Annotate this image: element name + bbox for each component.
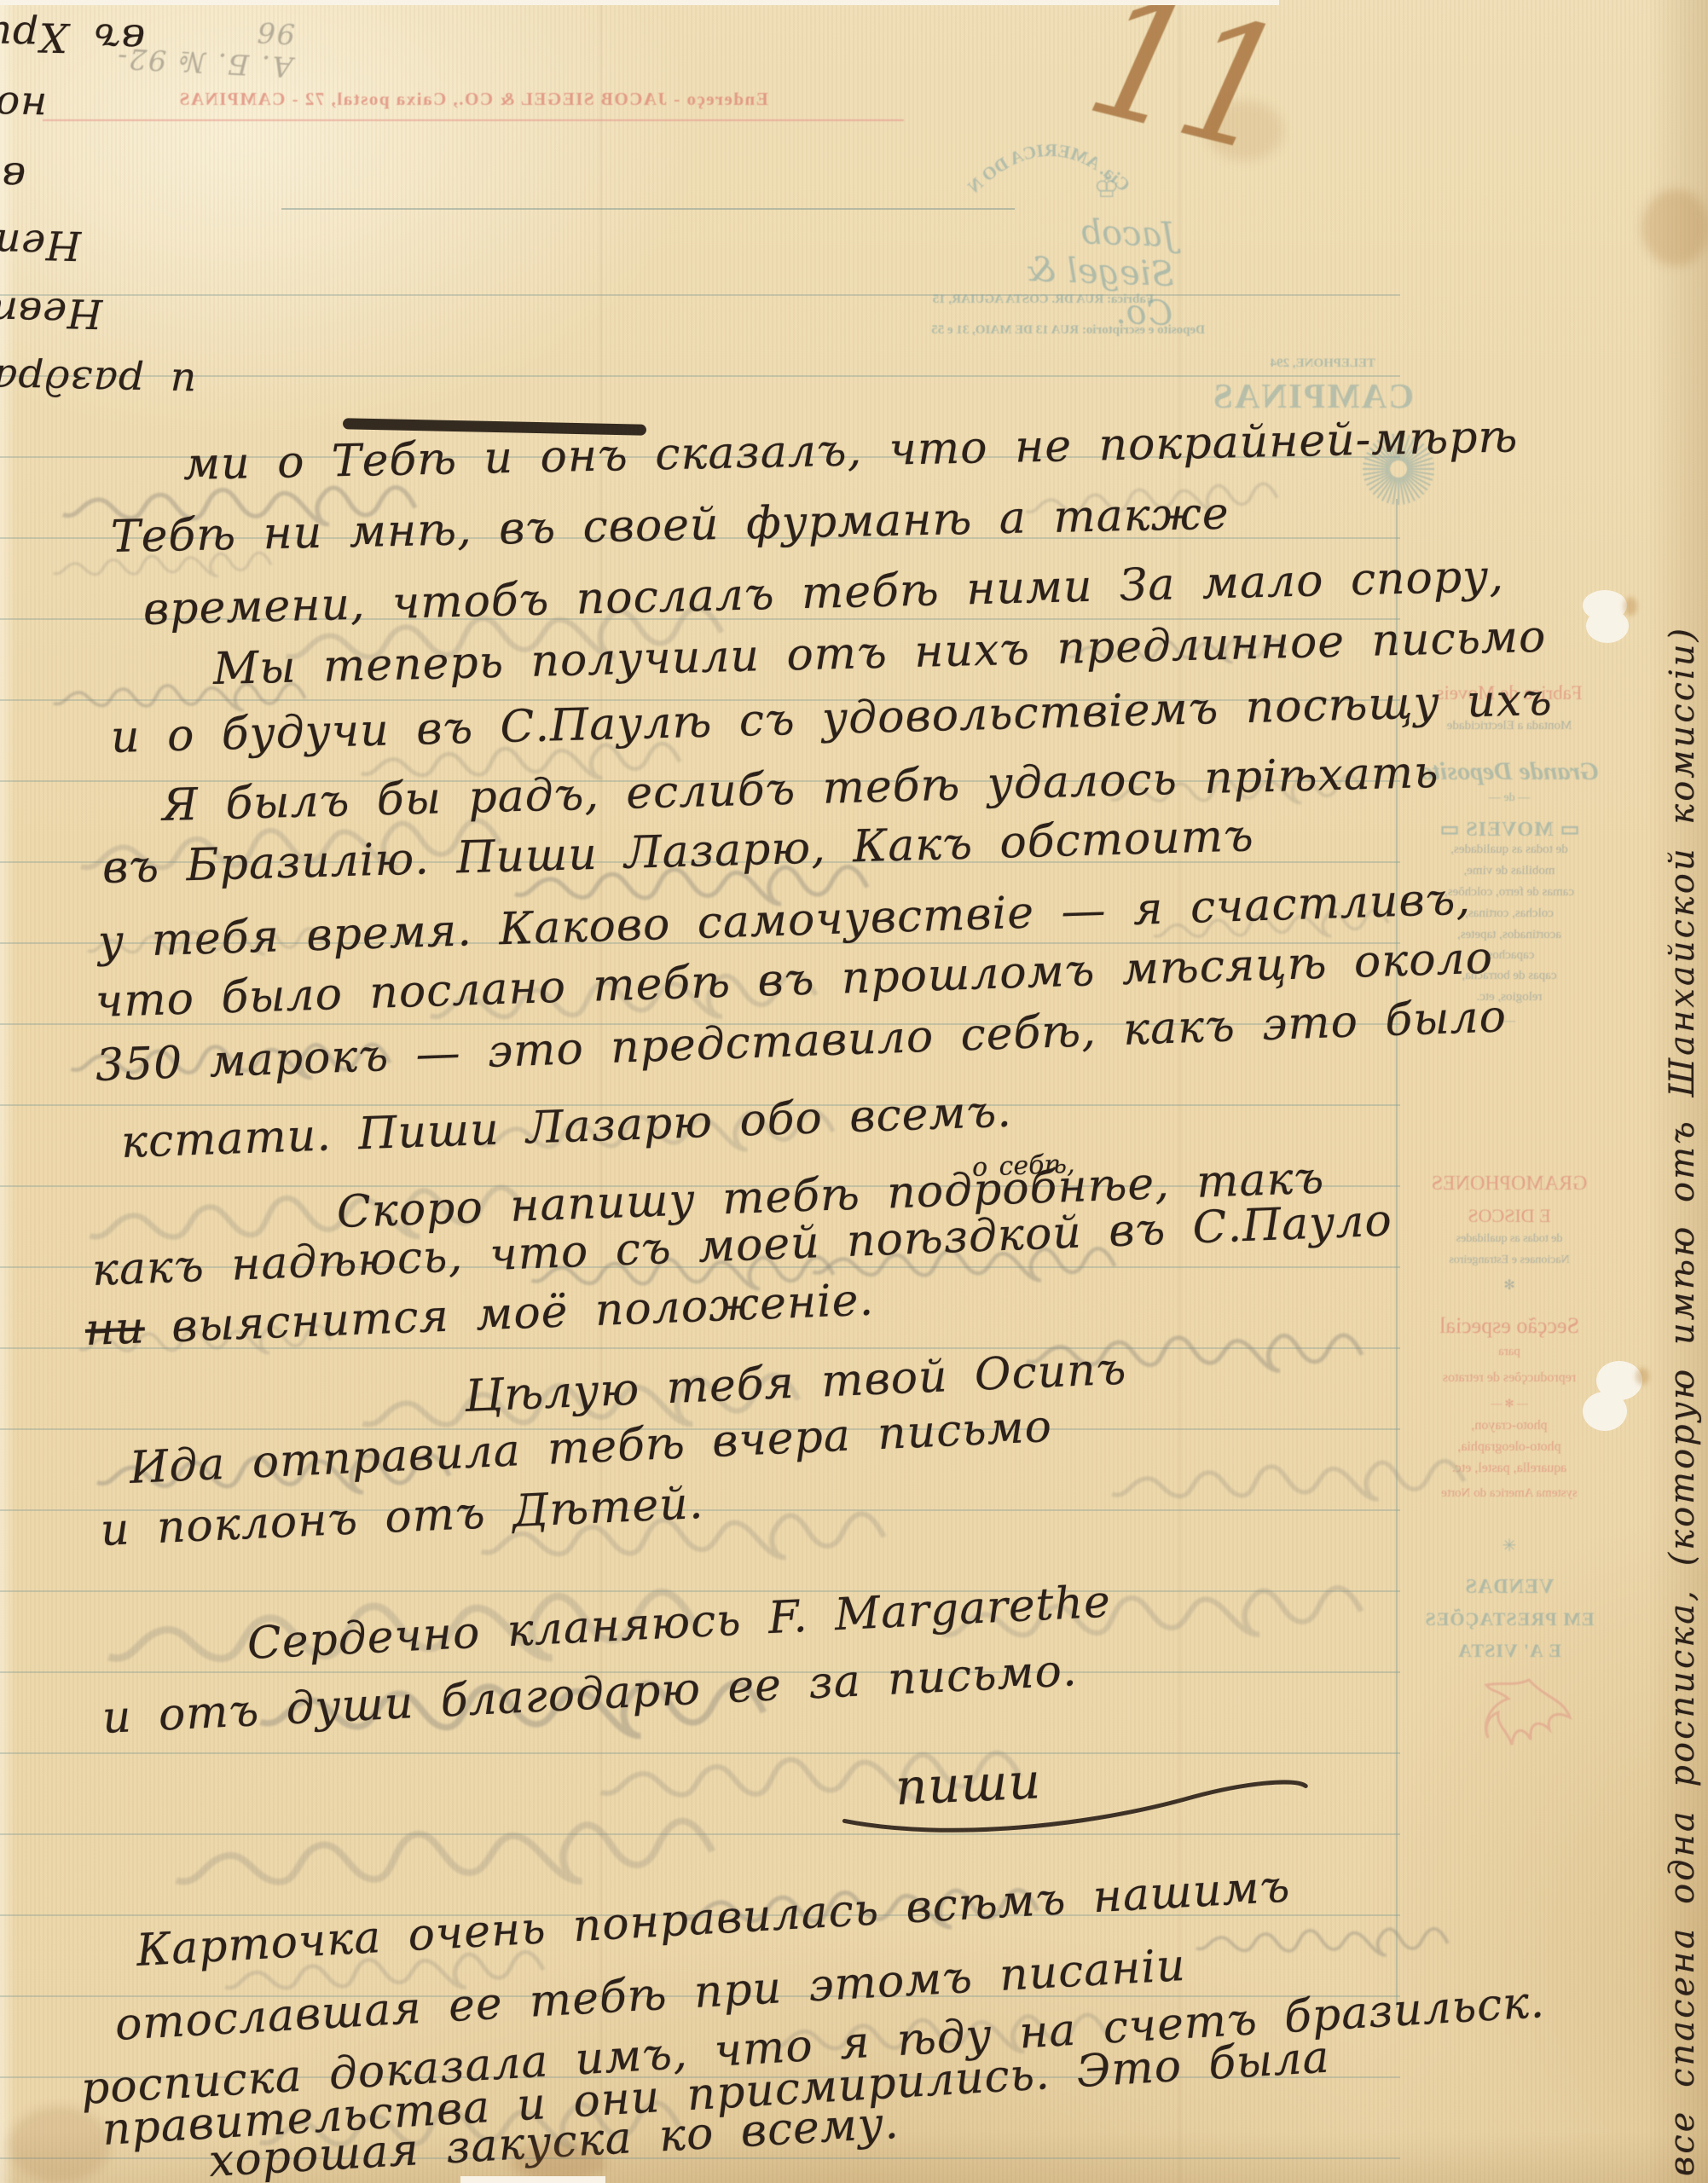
stain [1641,189,1708,266]
side-column-item: GRAMOPHONES [1394,1173,1624,1196]
letterhead-red-rule [43,119,904,121]
margin-note-vertical: все спасена одна росписка, (которую имѣю… [1663,87,1702,2176]
hole-punch-rim [1636,1368,1649,1385]
stain [1207,101,1283,160]
stain [9,2106,111,2183]
ghost-stroke [1193,1914,1450,1966]
scan-edge [0,0,1279,5]
side-column-item: de todas as qualidades, [1394,843,1624,857]
letterhead-address-line: Endereço - JACOB SIEGEL & CO., Caixa pos… [43,89,904,110]
side-column-item: E DISCOS [1394,1205,1624,1227]
letterhead-fabrica-line: Fabrica: RUA DR. COSTA AGUIAR, 15 [992,292,1154,307]
side-column-item: ▭ MOVEIS ▭ [1394,817,1624,842]
side-column-item: reproducções de retratos [1394,1370,1624,1386]
handwriting-insertion: о себѣ, [971,1149,1075,1183]
scan-edge [460,2176,605,2183]
side-column-item: Secção especial [1394,1313,1624,1339]
pencil-archive-number: А. Б. № 92-96 [79,7,296,84]
red-flourish-ornament-icon [1478,1673,1580,1767]
struck-word: ни [84,1302,146,1356]
side-column-item: de todas as qualidades [1394,1232,1624,1246]
signature-swash-stroke [836,1774,1313,1842]
side-column-item: ✻ [1394,1277,1624,1294]
scanned-letter-page: { "colors": { "paper": "#eed9ad", "ink":… [0,0,1708,2183]
letterhead-city: CAMPINAS [1230,375,1414,416]
side-column-item: E A' VISTA [1394,1640,1624,1662]
letterhead-company-script: Jacob Siegel & Co. [1019,211,1177,333]
side-column-item: EM PRESTAÇÕES [1394,1608,1624,1630]
side-column-item: para [1394,1345,1624,1359]
letterhead-telephone-line: TELEPHONE, 294 [1248,356,1375,371]
side-column-item: ✳ [1394,1535,1624,1556]
side-column-item: VENDAS [1394,1576,1624,1599]
hole-punch [1586,609,1629,643]
hole-punch-rim [1624,597,1637,616]
side-column-item: Nacionaes e Estrangeiros [1394,1254,1624,1267]
hole-punch [1583,1392,1627,1431]
crown-ornament-icon: ♔ [1094,171,1120,205]
letterhead-deposito-line: Deposito e escriptorio: RUA 13 DE MAIO, … [958,323,1205,338]
